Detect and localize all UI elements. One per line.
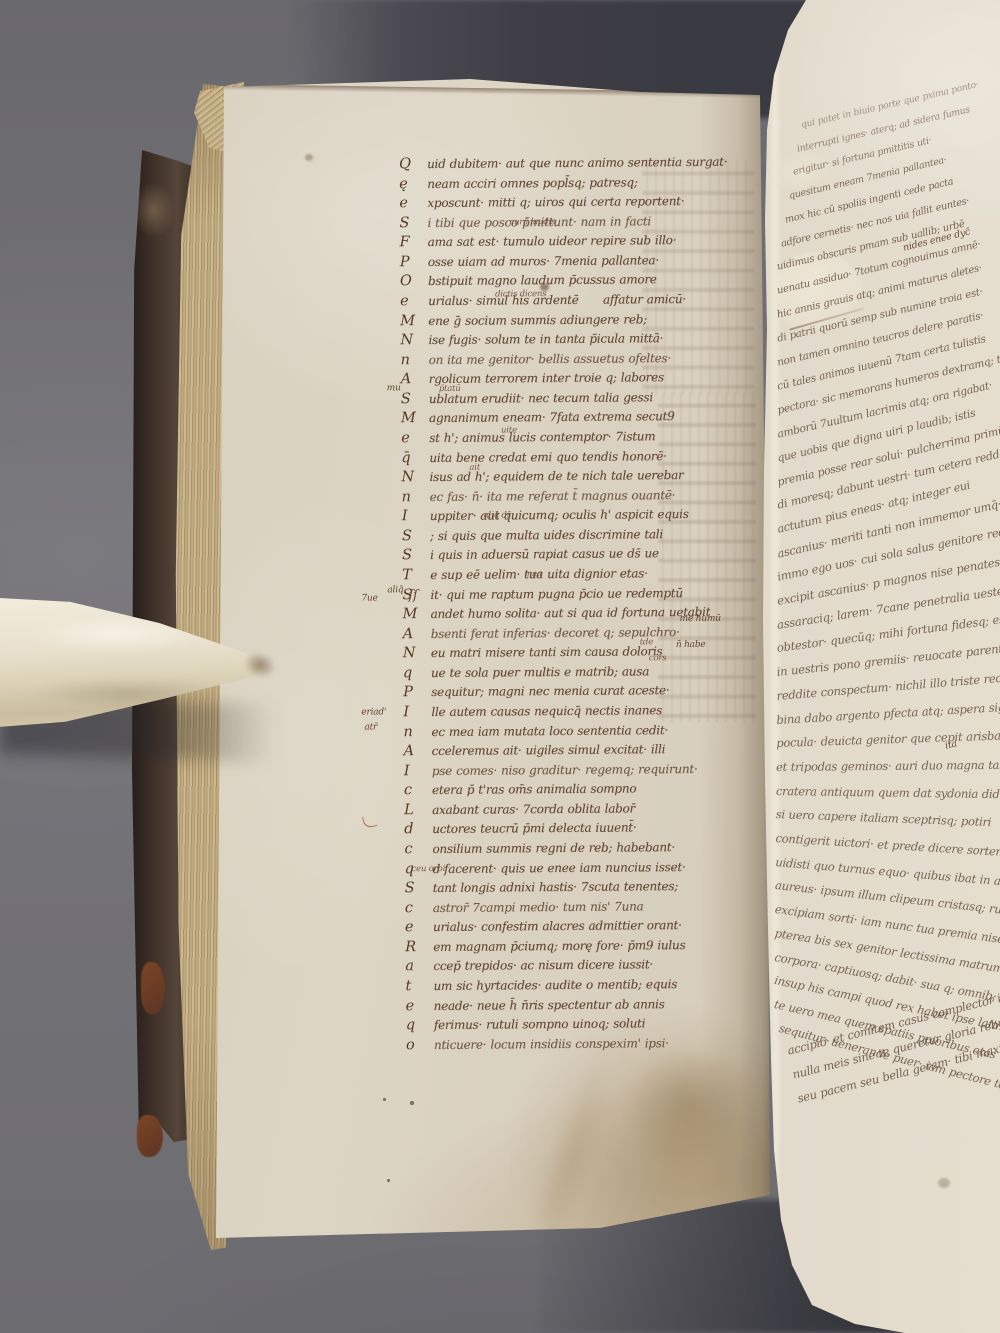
- verse-initial: A: [404, 744, 430, 759]
- verse-line: em magnam p̄ciumq; morę fore· p̄m9 iulus: [433, 938, 685, 955]
- margin-note: ita: [944, 738, 958, 751]
- verse-line: etera p̄ t'ras om̄s animalia sompno: [432, 782, 636, 799]
- margin-note: ſſ: [408, 591, 417, 601]
- verse-line: um sic hyrtacides· audite o mentib; equi…: [433, 977, 677, 994]
- interlinear-gloss: cură laudis: [509, 218, 555, 227]
- interlinear-gloss: tde: [640, 638, 653, 647]
- interlinear-gloss: uitę: [501, 426, 517, 435]
- verse-line: uid dubitem· aut que nunc animo sententi…: [427, 155, 727, 172]
- verse-line: ; si quis que multa uides discrimine tal…: [430, 527, 663, 544]
- margin-note: eriad': [361, 707, 386, 717]
- clasp-remnant: [137, 1115, 163, 1157]
- verse-line-right: pocula· deuicta genitor que cepit arisba…: [776, 729, 1000, 751]
- verse-initial: e: [400, 294, 426, 309]
- verse-initial: S: [401, 392, 427, 407]
- verse-line: onsilium summis regni de reb; habebant·: [432, 840, 675, 857]
- verse-initial: N: [403, 646, 429, 661]
- verse-line: neam acciri omnes popl̄sq; patresq;: [427, 175, 638, 192]
- verse-line-right: si uero capere italiam sceptrisq; potiri: [775, 807, 991, 829]
- verse-initial: T: [402, 568, 428, 583]
- verse-line: ue te sola puer multis e matrib; ausa: [431, 664, 649, 681]
- verse-initial: F: [400, 235, 426, 250]
- verse-initial: n: [403, 725, 429, 740]
- interlinear-gloss: p̄tatū: [439, 385, 461, 394]
- verse-line: neade· neue h̄ n̄ris spectentur ab annis: [434, 997, 665, 1014]
- margin-note: mu: [387, 383, 401, 393]
- verse-initial: n: [402, 490, 428, 505]
- verse-line: ferimus· rutuli sompno uinoq; soluti: [434, 1016, 646, 1033]
- manuscript-photo: { "colors":{ "background":"#6f6e73", "ca…: [0, 0, 1000, 1333]
- verse-line: isus ad h'; equidem de te nich tale uere…: [429, 468, 683, 485]
- verse-line: d facerent· quis ue enee iam nuncius iss…: [433, 860, 686, 877]
- verse-initial: N: [401, 470, 427, 485]
- interlinear-gloss: ceu orbi: [412, 865, 446, 874]
- verse-initial: S: [402, 529, 428, 544]
- verse-initial: I: [402, 509, 428, 524]
- interlinear-gloss: ait: [469, 464, 480, 473]
- verse-line: st h'; animus lucis contemptor· 7istum: [429, 429, 655, 446]
- verse-line: axabant curas· 7corda oblita labor̄: [432, 801, 635, 818]
- verse-initial: L: [404, 803, 430, 818]
- verse-initial: n: [401, 353, 427, 368]
- verse-line: nticuere· locum insidiis conspexim' ipsi…: [434, 1036, 669, 1053]
- verse-initial: q: [403, 666, 429, 681]
- interlinear-gloss: cors: [649, 654, 667, 663]
- verse-initial: I: [403, 705, 429, 720]
- verse-line: ec mea iam mutata loco sententia cedit·: [431, 723, 668, 740]
- verse-initial: c: [404, 842, 430, 857]
- verse-initial: M: [401, 411, 427, 426]
- interlinear-gloss: mea: [524, 570, 542, 579]
- verse-line-right: et tripodas geminos· auri duo magna tale…: [776, 757, 1000, 773]
- verse-initial: M: [400, 314, 426, 329]
- verse-line: uppiter· aut quicumq; oculis h' aspicit …: [430, 507, 689, 524]
- clasp-remnant: [141, 962, 165, 1014]
- verse-line: andet humo solita· aut si qua id fortuna…: [431, 605, 711, 622]
- verse-initial: c: [405, 901, 431, 916]
- verse-initial: d: [404, 822, 430, 837]
- verse-initial: S: [405, 881, 431, 896]
- verse-line: ise fugis· solum te in tanta p̄icula mit…: [428, 331, 663, 348]
- verse-line: cceleremus ait· uigiles simul excitat· i…: [432, 742, 666, 759]
- interlinear-gloss: dictis dicens: [495, 290, 546, 299]
- verse-initial: t: [405, 979, 431, 994]
- margin-note: n̄ habe: [676, 640, 706, 650]
- margin-note: 7ue: [361, 593, 377, 603]
- verse-initial: e: [401, 431, 427, 446]
- verse-initial: e: [406, 999, 432, 1014]
- verse-line: astror̄ 7campi medio· tum nis' 7una: [433, 899, 644, 916]
- verse-initial: O: [400, 274, 426, 289]
- verse-line: uita bene credat emi quo tendis honorē·: [429, 449, 666, 466]
- verse-line: i quis in aduersū rapiat casus ue ds̄ ue: [430, 547, 659, 564]
- verse-line-right: bina dabo argento pfecta atq; aspera sig…: [776, 699, 1000, 727]
- margin-note: aliq̄: [387, 585, 403, 595]
- margin-note: me humū: [680, 614, 721, 624]
- verse-line: sequitur; magni nec menia curat aceste·: [431, 684, 669, 701]
- verse-line: lle autem causas nequicq̄ nectis inanes: [431, 703, 662, 720]
- verse-initial: e: [405, 920, 431, 935]
- verse-line: pse comes· niso graditur· regemq; requir…: [432, 762, 698, 779]
- nota-mark: [362, 814, 377, 829]
- verse-initial: q̄: [401, 451, 427, 466]
- verse-line-right: contigerit uictori· et prede dicere sort…: [775, 831, 1000, 859]
- verse-line: urialus· simul his ardentē affatur amicū…: [428, 292, 686, 309]
- verse-initial: A: [401, 372, 427, 387]
- verse-line: uctores teucrū p̄mi delecta iuuent̄·: [432, 821, 636, 838]
- verse-initial: A: [403, 627, 429, 642]
- verse-initial: S: [399, 216, 425, 231]
- verse-initial: o: [406, 1038, 432, 1053]
- verse-initial: a: [405, 959, 431, 974]
- verse-initial: q: [406, 1018, 432, 1033]
- verse-line: osse uiam ad muros· 7menia pallantea·: [428, 253, 659, 270]
- verse-line: ene ḡ socium summis adiungere reb;: [428, 312, 647, 329]
- verse-line: agnanimum eneam· 7fata extrema secut9: [429, 409, 675, 426]
- verse-initial: N: [400, 333, 426, 348]
- verse-line: ec fas· n̄· ita me referat t̄ magnus oua…: [430, 488, 676, 505]
- verse-line: on ita me genitor· bellis assuetus ofelt…: [429, 351, 671, 368]
- verse-line: ccep̄ trepidos· ac nisum dicere iussit·: [433, 958, 653, 975]
- verse-initial: e: [399, 196, 425, 211]
- verse-initial: I: [404, 764, 430, 779]
- verse-line: eu matri misere tanti sim causa doloris: [431, 644, 663, 661]
- margin-note: atr̄: [364, 722, 377, 732]
- interlinear-gloss: aliq̄ ds̄: [484, 511, 511, 520]
- verse-line: rgolicum terrorem inter troie q; labores: [429, 370, 664, 387]
- verse-initial: P: [400, 255, 426, 270]
- verse-line-right: cratera antiquum quem dat sydonia dido·: [776, 784, 1000, 801]
- verse-line: xposcunt· mitti q; uiros qui certa repor…: [427, 194, 684, 211]
- verse-line: ama sat est· tumulo uideor repire sub il…: [428, 233, 677, 250]
- verse-line: tant longis adnixi hastis· 7scuta tenent…: [433, 879, 678, 896]
- verse-line: urialus· confestim alacres admittier ora…: [433, 918, 682, 935]
- verse-initial: Q: [399, 157, 425, 172]
- verse-line: ublatum erudiit· nec tecum talia gessi: [429, 390, 653, 407]
- verse-line: bstipuit magno laudum p̄cussus amore: [428, 273, 657, 290]
- verse-initial: S: [402, 548, 428, 563]
- verse-initial: ę: [399, 177, 425, 192]
- verse-line: it· qui me raptum pugna p̄cio ue redempt…: [430, 586, 683, 603]
- verse-initial: P: [403, 685, 429, 700]
- verse-initial: R: [405, 940, 431, 955]
- verse-initial: M: [403, 607, 429, 622]
- verse-initial: c: [404, 783, 430, 798]
